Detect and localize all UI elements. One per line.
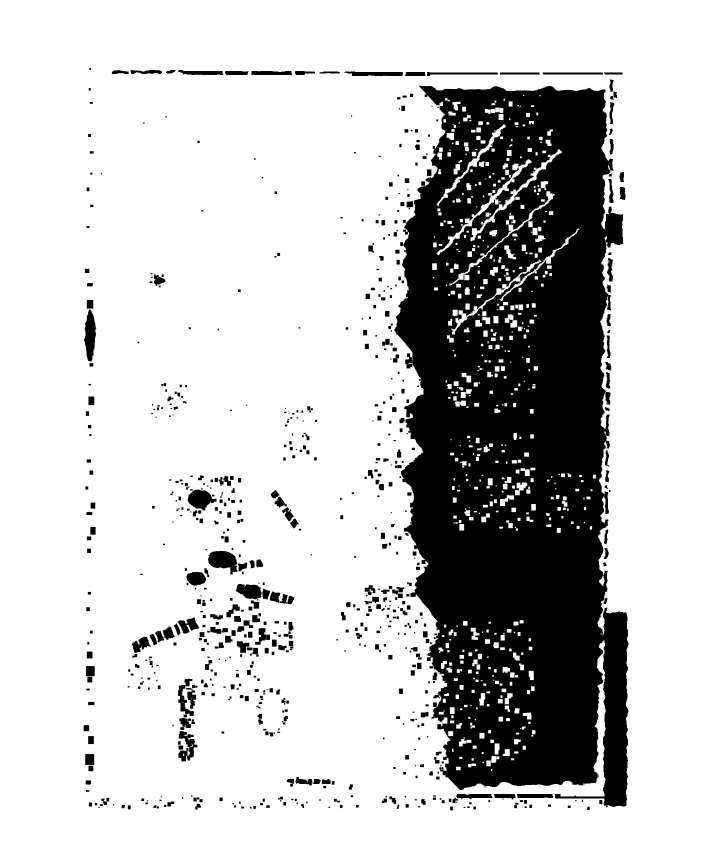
scanned-book-page: Degraded 1-bit scan of an old book page:… — [0, 0, 711, 858]
scan-svg — [0, 0, 711, 858]
frame-border-top — [112, 71, 622, 75]
